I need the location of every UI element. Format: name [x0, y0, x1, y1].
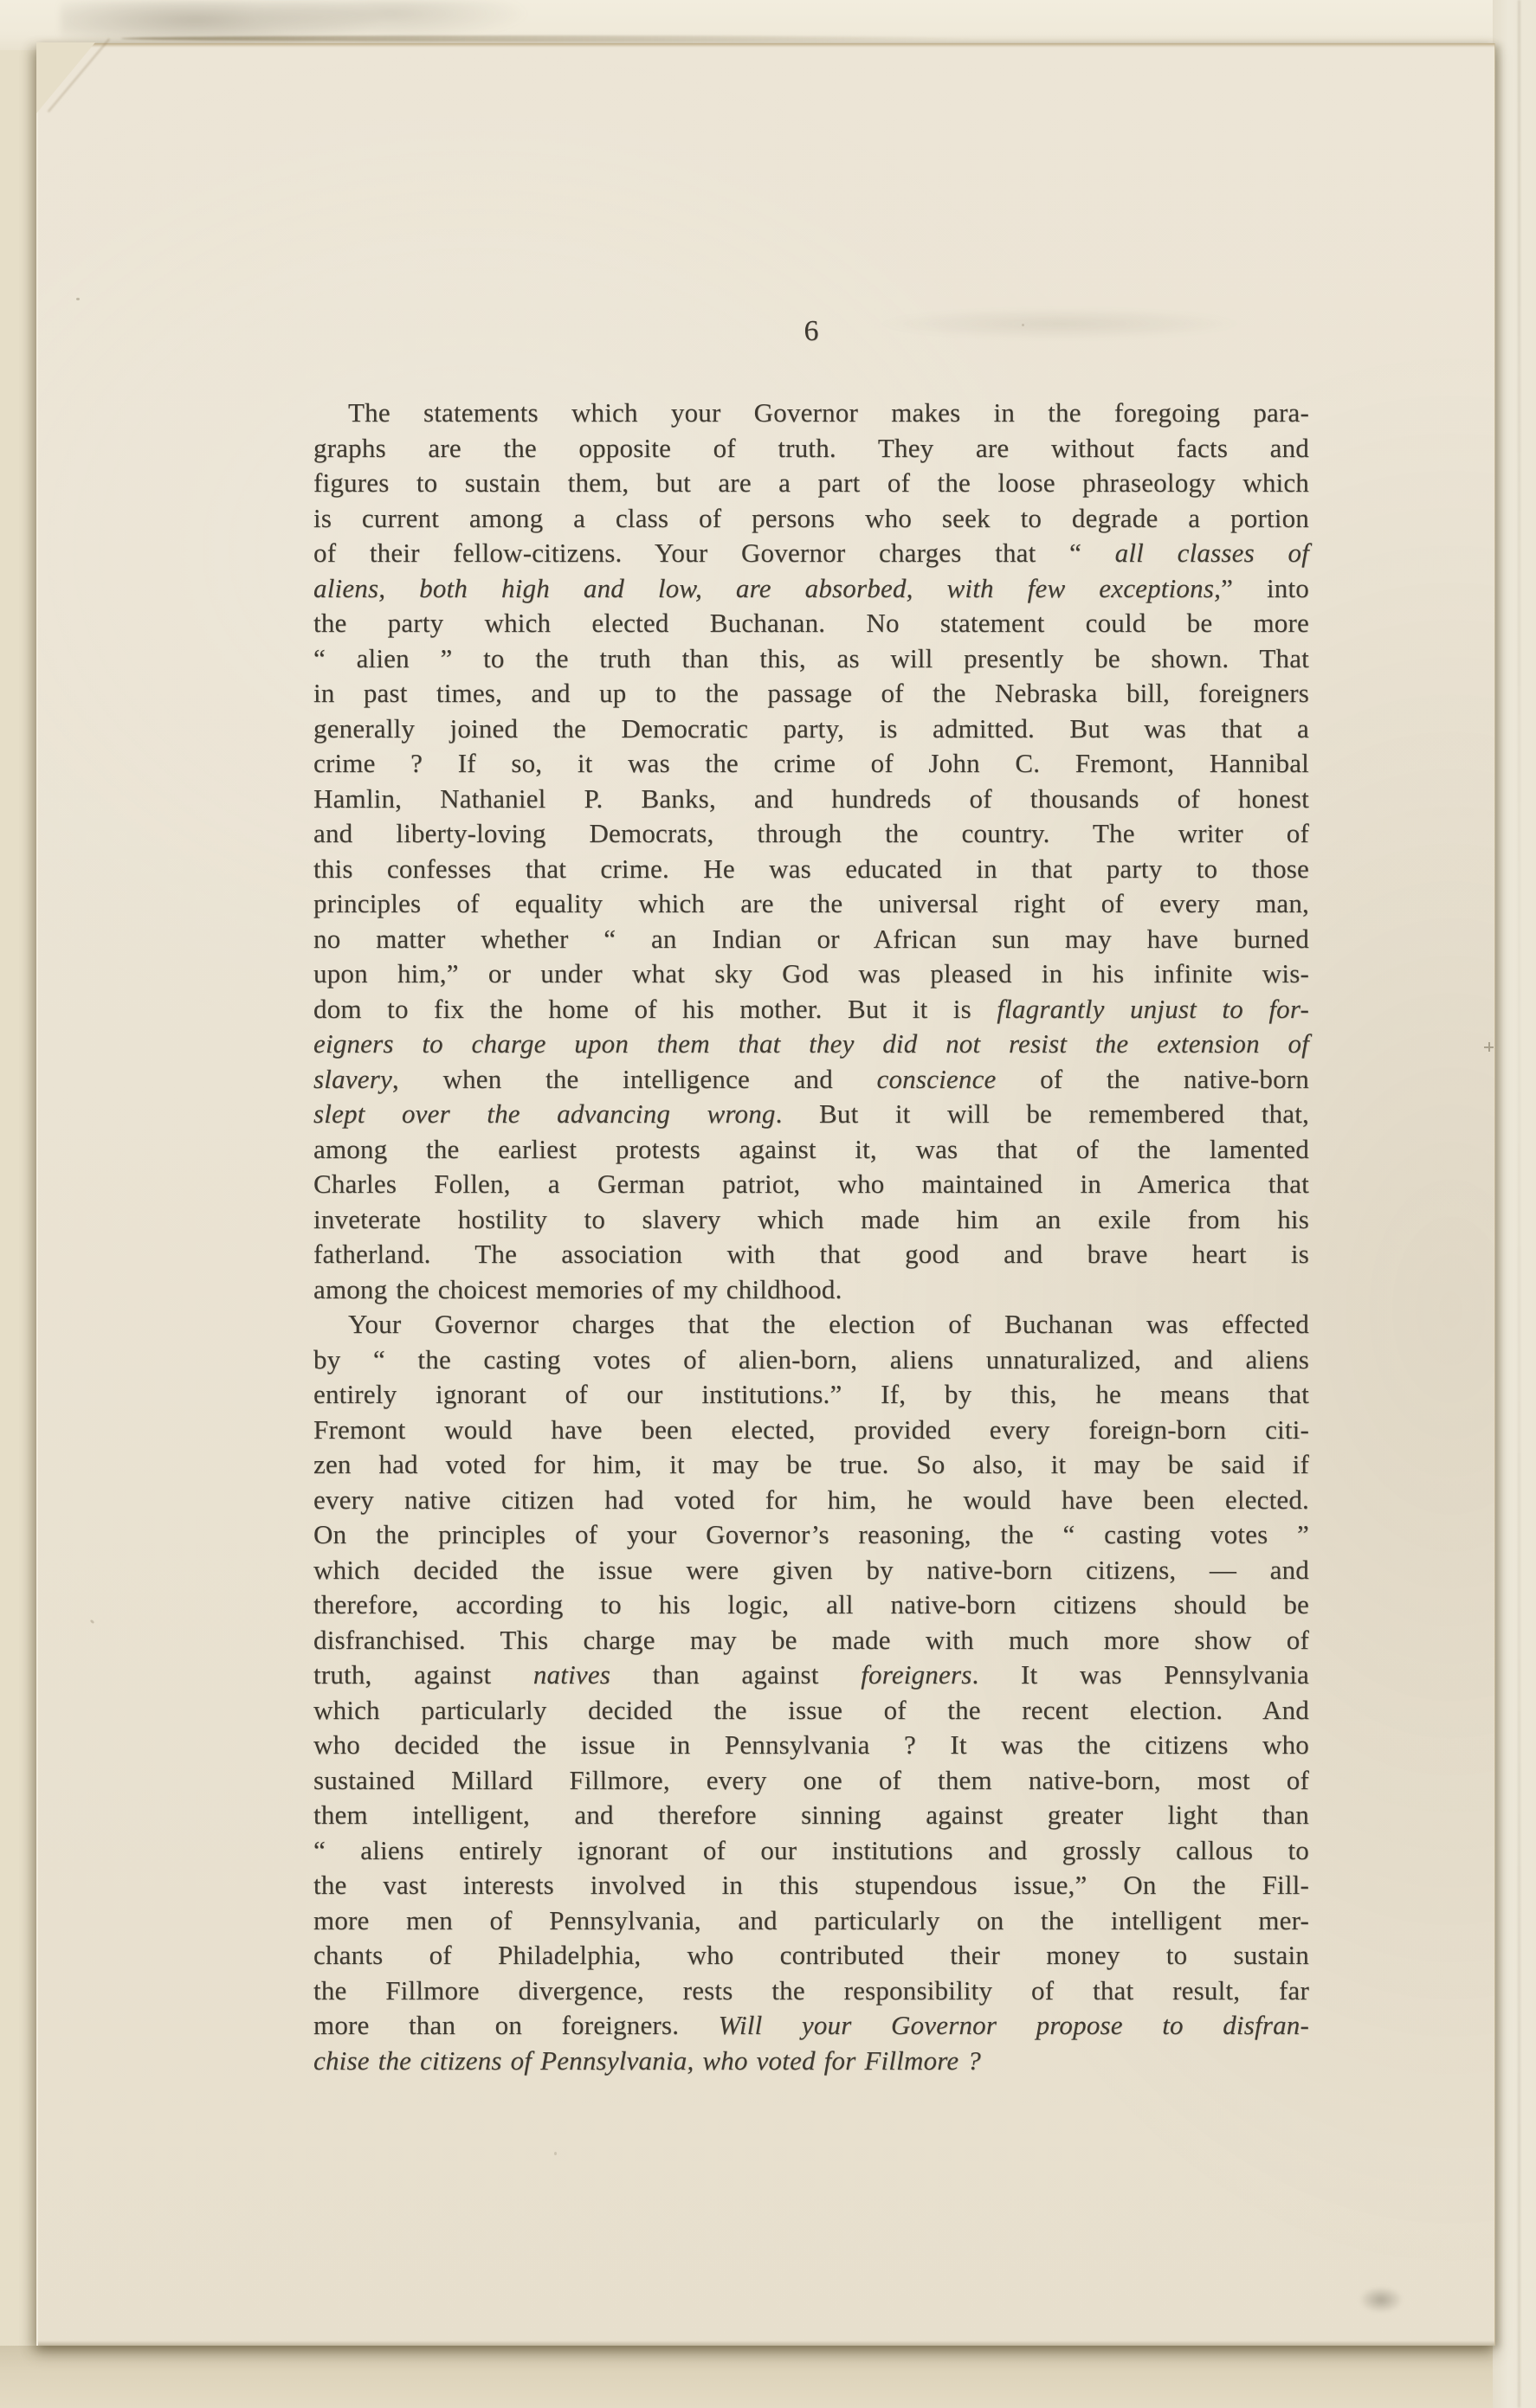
text-run: Your Governor charges that the election … [348, 1309, 1309, 1339]
text-run: chants of Philadelphia, who contributed … [313, 1940, 1309, 1970]
text-line: aliens, both high and low, are absorbed,… [313, 571, 1309, 607]
text-run: crime ? If so, it was the crime of John … [313, 748, 1309, 778]
text-line: dom to fix the home of his mother. But i… [313, 992, 1309, 1027]
text-run: principles of equality which are the uni… [313, 888, 1309, 918]
text-line: chants of Philadelphia, who contributed … [313, 1938, 1309, 1973]
italic-text-run: slavery [313, 1064, 392, 1094]
text-line: therefore, according to his logic, all n… [313, 1587, 1309, 1623]
text-line: among the earliest protests against it, … [313, 1132, 1309, 1168]
text-run: , when the intelligence and [392, 1064, 877, 1094]
italic-text-run: chise the citizens of Pennsylvania, who … [313, 2045, 981, 2076]
text-line: sustained Millard Fillmore, every one of… [313, 1763, 1309, 1799]
italic-text-run: foreigners [861, 1659, 971, 1690]
text-run: fatherland. The association with that go… [313, 1239, 1309, 1269]
text-line: “ alien ” to the truth than this, as wil… [313, 641, 1309, 677]
text-run: generally joined the Democratic party, i… [313, 713, 1309, 744]
text-line: is current among a class of persons who … [313, 501, 1309, 537]
text-line: the Fillmore divergence, rests the respo… [313, 1973, 1309, 2009]
text-run: by “ the casting votes of alien-born, al… [313, 1344, 1309, 1375]
text-run: among the earliest protests against it, … [313, 1134, 1309, 1164]
text-run: . But it will be remembered that, [776, 1098, 1309, 1129]
text-line: eigners to charge upon them that they di… [313, 1027, 1309, 1062]
text-run: truth, against [313, 1659, 533, 1690]
text-run: graphs are the opposite of truth. They a… [313, 433, 1309, 463]
page: 6 The statements which your Governor mak… [36, 43, 1495, 2346]
text-line: them intelligent, and therefore sinning … [313, 1798, 1309, 1833]
text-line: disfranchised. This charge may be made w… [313, 1623, 1309, 1658]
italic-text-run: conscience [877, 1064, 997, 1094]
text-line: upon him,” or under what sky God was ple… [313, 956, 1309, 992]
text-run: the vast interests involved in this stup… [313, 1870, 1309, 1900]
paper-speck [76, 298, 80, 300]
text-line: the vast interests involved in this stup… [313, 1868, 1309, 1903]
right-sheet-crease [1518, 0, 1520, 2408]
text-run: entirely ignorant of our institutions.” … [313, 1379, 1309, 1409]
text-run: who decided the issue in Pennsylvania ? … [313, 1729, 1309, 1760]
text-run: among the choicest memories of my childh… [313, 1274, 842, 1304]
italic-text-run: aliens, both high and low, are absorbed,… [313, 573, 1221, 603]
text-line: chise the citizens of Pennsylvania, who … [313, 2044, 1309, 2079]
text-line: The statements which your Governor makes… [313, 396, 1309, 431]
text-line: by “ the casting votes of alien-born, al… [313, 1342, 1309, 1378]
text-line: in past times, and up to the passage of … [313, 676, 1309, 711]
text-run: more men of Pennsylvania, and particular… [313, 1905, 1309, 1935]
text-run: inveterate hostility to slavery which ma… [313, 1204, 1309, 1234]
text-line: slept over the advancing wrong. But it w… [313, 1097, 1309, 1132]
backing-below-page [0, 2346, 1493, 2408]
text-run: more than on foreigners. [313, 2010, 719, 2040]
text-line: “ aliens entirely ignorant of our instit… [313, 1833, 1309, 1869]
text-run: this confesses that crime. He was educat… [313, 853, 1309, 884]
edge-mark [1484, 1042, 1494, 1052]
italic-text-run: eigners to charge upon them that they di… [313, 1028, 1309, 1059]
text-line: graphs are the opposite of truth. They a… [313, 431, 1309, 467]
text-run: “ aliens entirely ignorant of our instit… [313, 1835, 1309, 1865]
text-run: is current among a class of persons who … [313, 503, 1309, 533]
text-run: dom to fix the home of his mother. But i… [313, 994, 997, 1024]
text-run: sustained Millard Fillmore, every one of… [313, 1765, 1309, 1795]
text-line: who decided the issue in Pennsylvania ? … [313, 1728, 1309, 1763]
italic-text-run: slept over the advancing wrong [313, 1098, 776, 1129]
text-line: On the principles of your Governor’s rea… [313, 1517, 1309, 1553]
text-line: inveterate hostility to slavery which ma… [313, 1202, 1309, 1238]
text-run: figures to sustain them, but are a part … [313, 467, 1309, 498]
text-line: among the choicest memories of my childh… [313, 1272, 1309, 1308]
text-run: zen had voted for him, it may be true. S… [313, 1449, 1309, 1479]
text-line: figures to sustain them, but are a part … [313, 466, 1309, 501]
text-line: more than on foreigners. Will your Gover… [313, 2008, 1309, 2044]
paper-speck [554, 2152, 557, 2155]
text-line: no matter whether “ an Indian or African… [313, 922, 1309, 957]
text-run: every native citizen had voted for him, … [313, 1484, 1309, 1515]
text-line: Your Governor charges that the election … [313, 1307, 1309, 1342]
text-run: ” into [1221, 573, 1309, 603]
text-run: Charles Follen, a German patriot, who ma… [313, 1169, 1309, 1199]
text-line: Charles Follen, a German patriot, who ma… [313, 1167, 1309, 1202]
text-line: this confesses that crime. He was educat… [313, 852, 1309, 887]
italic-text-run: all classes of [1115, 538, 1309, 568]
text-run: therefore, according to his logic, all n… [313, 1589, 1309, 1619]
text-run: Fremont would have been elected, provide… [313, 1414, 1309, 1445]
text-line: which particularly decided the issue of … [313, 1693, 1309, 1729]
text-run: disfranchised. This charge may be made w… [313, 1625, 1309, 1655]
text-run: the party which elected Buchanan. No sta… [313, 608, 1309, 638]
scanned-document: 6 The statements which your Governor mak… [0, 0, 1536, 2408]
text-line: generally joined the Democratic party, i… [313, 711, 1309, 747]
text-line: fatherland. The association with that go… [313, 1237, 1309, 1272]
text-line: entirely ignorant of our institutions.” … [313, 1377, 1309, 1413]
text-run: than against [610, 1659, 861, 1690]
paragraph: Your Governor charges that the election … [313, 1307, 1309, 2078]
text-line: which decided the issue were given by na… [313, 1553, 1309, 1588]
italic-text-run: flagrantly unjust to for- [997, 994, 1309, 1024]
text-line: zen had voted for him, it may be true. S… [313, 1447, 1309, 1483]
text-line: slavery, when the intelligence and consc… [313, 1062, 1309, 1098]
text-run: The statements which your Governor makes… [348, 397, 1309, 428]
text-line: more men of Pennsylvania, and particular… [313, 1903, 1309, 1939]
folded-corner [36, 42, 95, 113]
text-run: the Fillmore divergence, rests the respo… [313, 1975, 1309, 2006]
text-line: truth, against natives than against fore… [313, 1658, 1309, 1693]
text-run: Hamlin, Nathaniel P. Banks, and hundreds… [313, 783, 1309, 814]
text-line: of their fellow-citizens. Your Governor … [313, 536, 1309, 571]
text-run: no matter whether “ an Indian or African… [313, 924, 1309, 954]
text-line: the party which elected Buchanan. No sta… [313, 606, 1309, 641]
text-line: principles of equality which are the uni… [313, 886, 1309, 922]
italic-text-run: natives [533, 1659, 610, 1690]
top-fold-shadow [121, 35, 978, 42]
paragraph: The statements which your Governor makes… [313, 396, 1309, 1307]
text-run: On the principles of your Governor’s rea… [313, 1519, 1309, 1549]
text-line: every native citizen had voted for him, … [313, 1483, 1309, 1518]
text-run: of their fellow-citizens. Your Governor … [313, 538, 1115, 568]
text-run: upon him,” or under what sky God was ple… [313, 958, 1309, 988]
text-run: them intelligent, and therefore sinning … [313, 1800, 1309, 1830]
text-run: which decided the issue were given by na… [313, 1555, 1309, 1585]
italic-text-run: Will your Governor propose to disfran- [719, 2010, 1309, 2040]
text-line: Fremont would have been elected, provide… [313, 1413, 1309, 1448]
paper-speck [1022, 324, 1024, 326]
text-line: crime ? If so, it was the crime of John … [313, 746, 1309, 782]
page-number: 6 [313, 315, 1309, 348]
text-line: Hamlin, Nathaniel P. Banks, and hundreds… [313, 782, 1309, 817]
text-run: of the native-born [997, 1064, 1310, 1094]
text-run: . It was Pennsylvania [971, 1659, 1309, 1690]
text-block: The statements which your Governor makes… [313, 396, 1309, 2078]
text-run: and liberty-loving Democrats, through th… [313, 818, 1309, 848]
text-run: which particularly decided the issue of … [313, 1695, 1309, 1725]
ink-smudge [1351, 2282, 1411, 2318]
text-run: “ alien ” to the truth than this, as wil… [313, 643, 1309, 673]
sheet-behind-right [1493, 0, 1536, 2408]
text-run: in past times, and up to the passage of … [313, 678, 1309, 708]
text-line: and liberty-loving Democrats, through th… [313, 816, 1309, 852]
